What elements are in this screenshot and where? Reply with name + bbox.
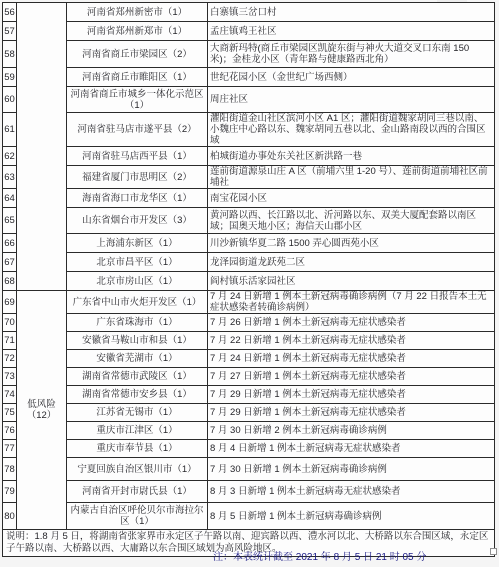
area-cell: 河南省郑州新密市（1） (67, 3, 208, 22)
table-row: 59 河南省商丘市睢阳区（1） 世纪花园小区（金世纪广场西侧） (3, 68, 495, 87)
table-row: 57 河南省郑州新郑市（1） 孟庄镇鸡王社区 (3, 22, 495, 41)
detail-cell: 7 月 30 日新增 1 例本土新冠病毒确诊病例 (208, 458, 495, 481)
detail-cell: 川沙新镇华夏二路 1500 弄心圆西苑小区 (208, 234, 495, 253)
detail-cell: 大商新玛特(商丘市梁园区凯旋东街与神火大道交叉口东南 150 米)；金桂龙小区（… (208, 41, 495, 68)
table-row: 64 海南省海口市龙华区（1） 南宝花园小区 (3, 189, 495, 208)
risk-group-cell (17, 3, 67, 291)
detail-cell: 龙泽园街道龙跃苑二区 (208, 253, 495, 272)
detail-cell: 柏城街道办事处东关社区新洪路一巷 (208, 147, 495, 166)
row-number: 71 (3, 332, 17, 350)
area-cell: 宁夏回族自治区银川市（1） (67, 458, 208, 481)
row-number: 62 (3, 147, 17, 166)
area-cell: 广东省珠海市（1） (67, 314, 208, 332)
table-row: 75 江苏省无锡市（1） 7 月 29 日新增 1 例本土新冠病毒无症状感染者 (3, 404, 495, 422)
table-row: 58 河南省商丘市梁园区（2） 大商新玛特(商丘市梁园区凯旋东街与神火大道交叉口… (3, 41, 495, 68)
area-cell: 河南省驻马店西平县（1） (67, 147, 208, 166)
table-row: 79 河南省开封市尉氏县（1） 8 月 3 日新增 1 例本土新冠病毒无症状感染… (3, 481, 495, 503)
row-number: 73 (3, 368, 17, 386)
row-number: 78 (3, 458, 17, 481)
row-number: 65 (3, 208, 17, 234)
detail-cell: 灈阳街道金山社区滨河小区 A1 区；灈阳街道魏家胡同三巷以南、小魏庄中心路以东、… (208, 113, 495, 147)
area-cell: 湖南省常德市武陵区（1） (67, 368, 208, 386)
area-cell: 山东省烟台市开发区（3） (67, 208, 208, 234)
detail-cell: 8 月 3 日新增 1 例本土新冠病毒无症状感染者 (208, 481, 495, 503)
document-page: 56 河南省郑州新密市（1） 白寨镇三岔口村 57 河南省郑州新郑市（1） 孟庄… (0, 0, 499, 567)
row-number: 59 (3, 68, 17, 87)
area-cell: 内蒙古自治区呼伦贝尔市海拉尔区（1） (67, 503, 208, 530)
row-number: 61 (3, 113, 17, 147)
table-row: 65 山东省烟台市开发区（3） 黄河路以西、长江路以北、沂河路以东、双美大厦配套… (3, 208, 495, 234)
row-number: 56 (3, 3, 17, 22)
table-row: 71 安徽省马鞍山市和县（1） 7 月 22 日新增 1 例本土新冠病毒无症状感… (3, 332, 495, 350)
row-number: 72 (3, 350, 17, 368)
area-cell: 安徽省马鞍山市和县（1） (67, 332, 208, 350)
table-row: 67 北京市昌平区（1） 龙泽园街道龙跃苑二区 (3, 253, 495, 272)
detail-cell: 周庄社区 (208, 87, 495, 113)
row-number: 70 (3, 314, 17, 332)
detail-cell: 7 月 27 日新增 1 例本土新冠病毒无症状感染者 (208, 368, 495, 386)
row-number: 69 (3, 291, 17, 314)
row-number: 76 (3, 422, 17, 440)
detail-cell: 7 月 24 日新增 1 例本土新冠病毒确诊病例（7 月 22 日报告本土无症状… (208, 291, 495, 314)
risk-group-label-line1: 低风险 (19, 399, 64, 410)
row-number: 58 (3, 41, 17, 68)
area-cell: 北京市昌平区（1） (67, 253, 208, 272)
row-number: 74 (3, 386, 17, 404)
table-row: 76 重庆市江津区（1） 7 月 30 日新增 2 例本土新冠病毒确诊病例 (3, 422, 495, 440)
area-cell: 河南省商丘市城乡一体化示范区（1） (67, 87, 208, 113)
area-cell: 北京市房山区（1） (67, 272, 208, 291)
row-number: 66 (3, 234, 17, 253)
table-row: 74 湖南省常德市安乡县（1） 7 月 29 日新增 1 例本土新冠病毒无症状感… (3, 386, 495, 404)
table-row: 61 河南省驻马店市遂平县（2） 灈阳街道金山社区滨河小区 A1 区；灈阳街道魏… (3, 113, 495, 147)
detail-cell: 南宝花园小区 (208, 189, 495, 208)
area-cell: 海南省海口市龙华区（1） (67, 189, 208, 208)
row-number: 67 (3, 253, 17, 272)
detail-cell: 7 月 30 日新增 2 例本土新冠病毒确诊病例 (208, 422, 495, 440)
table-row: 77 重庆市奉节县（1） 8 月 4 日新增 1 例本土新冠病毒无症状感染者 (3, 440, 495, 458)
detail-cell: 8 月 4 日新增 1 例本土新冠病毒无症状感染者 (208, 440, 495, 458)
detail-cell: 7 月 29 日新增 1 例本土新冠病毒无症状感染者 (208, 404, 495, 422)
row-number: 63 (3, 166, 17, 189)
table-row: 66 上海浦东新区（1） 川沙新镇华夏二路 1500 弄心圆西苑小区 (3, 234, 495, 253)
detail-cell: 7 月 22 日新增 1 例本土新冠病毒无症状感染者 (208, 332, 495, 350)
row-number: 77 (3, 440, 17, 458)
area-cell: 重庆市奉节县（1） (67, 440, 208, 458)
row-number: 64 (3, 189, 17, 208)
row-number: 60 (3, 87, 17, 113)
area-cell: 江苏省无锡市（1） (67, 404, 208, 422)
detail-cell: 7 月 29 日新增 1 例本土新冠病毒无症状感染者 (208, 386, 495, 404)
detail-cell: 莲前街道源泉山庄 A 区（前埔六里 1-20 号）、莲前街道前埔社区前埔社 (208, 166, 495, 189)
table-row: 80 内蒙古自治区呼伦贝尔市海拉尔区（1） 8 月 5 日新增 1 例本土新冠病… (3, 503, 495, 530)
table-row: 69 低风险 （12） 广东省中山市火炬开发区（1） 7 月 24 日新增 1 … (3, 291, 495, 314)
detail-cell: 白寨镇三岔口村 (208, 3, 495, 22)
detail-cell: 阎村镇乐活家园社区 (208, 272, 495, 291)
detail-cell: 黄河路以西、长江路以北、沂河路以东、双美大厦配套路以南区域；国奥天地小区；海信天… (208, 208, 495, 234)
area-cell: 安徽省芜湖市（1） (67, 350, 208, 368)
detail-cell: 7 月 24 日新增 1 例本土新冠病毒无症状感染者 (208, 350, 495, 368)
area-cell: 上海浦东新区（1） (67, 234, 208, 253)
detail-cell: 世纪花园小区（金世纪广场西侧） (208, 68, 495, 87)
area-cell: 河南省郑州新郑市（1） (67, 22, 208, 41)
area-cell: 河南省开封市尉氏县（1） (67, 481, 208, 503)
area-cell: 河南省驻马店市遂平县（2） (67, 113, 208, 147)
table-row: 70 广东省珠海市（1） 7 月 26 日新增 1 例本土新冠病毒无症状感染者 (3, 314, 495, 332)
risk-group-label-line2: （12） (19, 410, 64, 421)
risk-area-table: 56 河南省郑州新密市（1） 白寨镇三岔口村 57 河南省郑州新郑市（1） 孟庄… (2, 2, 495, 557)
table-row: 63 福建省厦门市思明区（2） 莲前街道源泉山庄 A 区（前埔六里 1-20 号… (3, 166, 495, 189)
detail-cell: 8 月 5 日新增 1 例本土新冠病毒确诊病例 (208, 503, 495, 530)
resize-handle-artifact (490, 548, 497, 555)
area-cell: 重庆市江津区（1） (67, 422, 208, 440)
area-cell: 河南省商丘市睢阳区（1） (67, 68, 208, 87)
area-cell: 河南省商丘市梁园区（2） (67, 41, 208, 68)
row-number: 79 (3, 481, 17, 503)
area-cell: 湖南省常德市安乡县（1） (67, 386, 208, 404)
table-row: 62 河南省驻马店西平县（1） 柏城街道办事处东关社区新洪路一巷 (3, 147, 495, 166)
table-row: 56 河南省郑州新密市（1） 白寨镇三岔口村 (3, 3, 495, 22)
area-cell: 广东省中山市火炬开发区（1） (67, 291, 208, 314)
row-number: 80 (3, 503, 17, 530)
area-cell: 福建省厦门市思明区（2） (67, 166, 208, 189)
detail-cell: 7 月 26 日新增 1 例本土新冠病毒无症状感染者 (208, 314, 495, 332)
table-row: 60 河南省商丘市城乡一体化示范区（1） 周庄社区 (3, 87, 495, 113)
table-row: 73 湖南省常德市武陵区（1） 7 月 27 日新增 1 例本土新冠病毒无症状感… (3, 368, 495, 386)
statistics-cutoff-note: 注：本表统计截至 2021 年 8 月 5 日 21 时 05 分 (0, 551, 499, 564)
row-number: 68 (3, 272, 17, 291)
row-number: 57 (3, 22, 17, 41)
detail-cell: 孟庄镇鸡王社区 (208, 22, 495, 41)
risk-group-cell: 低风险 （12） (17, 291, 67, 530)
table-row: 72 安徽省芜湖市（1） 7 月 24 日新增 1 例本土新冠病毒无症状感染者 (3, 350, 495, 368)
row-number: 75 (3, 404, 17, 422)
table-row: 78 宁夏回族自治区银川市（1） 7 月 30 日新增 1 例本土新冠病毒确诊病… (3, 458, 495, 481)
table-row: 68 北京市房山区（1） 阎村镇乐活家园社区 (3, 272, 495, 291)
